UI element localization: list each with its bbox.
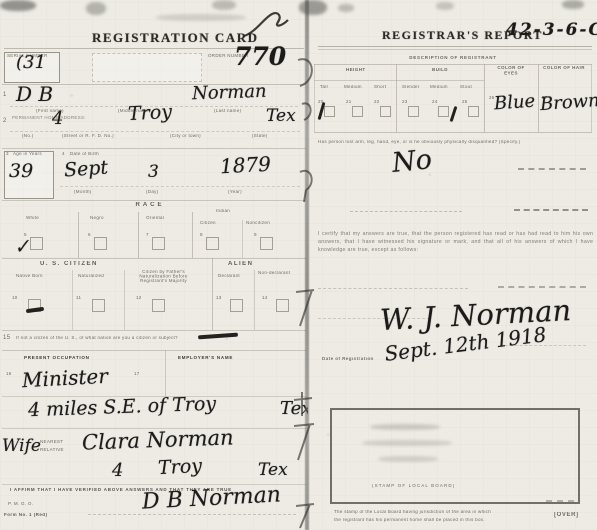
build-stout-number: 25 xyxy=(462,100,468,105)
address-no-hint: (No.) xyxy=(22,134,34,139)
build-slender-label: Slender xyxy=(402,85,420,90)
nearest-relative-address-city: Troy xyxy=(157,455,202,479)
race-col-oriental-label: Oriental xyxy=(146,216,164,221)
native-born-number: 10 xyxy=(12,296,18,301)
height-medium-label: Medium xyxy=(344,85,362,90)
birth-label: Date of Birth xyxy=(70,152,99,157)
address-city-hint: (City or town) xyxy=(170,134,201,139)
nation-question: If not a citizen of the U. S., of what n… xyxy=(16,336,286,341)
eyes-color-value: Blue xyxy=(493,91,536,115)
build-stout-checkbox xyxy=(468,106,479,117)
citizen-by-father-label: Citizen by Father's Naturalization Befor… xyxy=(126,270,201,284)
employment-place-value: 4 miles S.E. of Troy xyxy=(28,393,217,422)
line15-number: 15 xyxy=(3,335,10,341)
citizen-native-born-label: Native Born xyxy=(16,274,43,279)
order-number-value: 770 xyxy=(234,42,286,71)
home-address-number: 4 xyxy=(52,108,63,129)
build-slender-checkbox xyxy=(408,106,419,117)
nearest-relative-label-1: NEAREST xyxy=(40,440,63,445)
registrars-report-panel: REGISTRAR'S REPORT 42-3-6-C DESCRIPTION … xyxy=(310,0,597,530)
race-col-citizen-number: 8 xyxy=(200,233,203,238)
age-label: Age in Years xyxy=(13,152,42,157)
form-id-line1: P. M. G. O. xyxy=(8,502,33,507)
race-col-oriental-number: 7 xyxy=(146,233,149,238)
race-citizen-checkbox xyxy=(206,237,219,250)
nearest-relative-address-no: 4 xyxy=(112,460,123,481)
stamp-box-caption: (STAMP OF LOCAL BOARD) xyxy=(372,484,455,489)
declarant-number: 13 xyxy=(216,296,222,301)
employer-number: 17 xyxy=(134,372,140,377)
race-indian-header: Indian xyxy=(216,209,230,214)
nearest-relative-name: Clara Norman xyxy=(82,425,234,454)
height-short-number: 22 xyxy=(374,100,380,105)
race-col-white-label: White xyxy=(26,216,39,221)
eyes-header: COLOR OF EYES xyxy=(490,66,532,77)
race-col-citizen-label: Citizen xyxy=(200,221,216,226)
local-board-stamp-box xyxy=(330,408,580,504)
alien-declarant-label: Declarant xyxy=(218,274,240,279)
us-citizen-header: U. S. CITIZEN xyxy=(40,261,98,267)
home-address-city: Troy xyxy=(127,101,172,125)
build-medium-number: 24 xyxy=(432,100,438,105)
race-header: RACE xyxy=(20,202,280,208)
birth-month-hint: (Month) xyxy=(74,190,92,195)
height-medium-checkbox xyxy=(352,106,363,117)
race-white-checkbox xyxy=(30,237,43,250)
build-medium-checkbox xyxy=(438,106,449,117)
build-check-mark xyxy=(450,106,458,122)
naturalized-number: 11 xyxy=(76,296,81,301)
report-code-value: 42-3-6-C xyxy=(506,20,597,40)
declarant-checkbox xyxy=(230,299,243,312)
description-header: DESCRIPTION OF REGISTRANT xyxy=(318,56,588,61)
build-medium-label: Medium xyxy=(430,85,448,90)
line1-number: 1 xyxy=(3,92,7,98)
race-col-negro-number: 6 xyxy=(88,233,91,238)
birth-day-hint: (Day) xyxy=(146,190,159,195)
address-street-hint: (Street or R. F. D. No.) xyxy=(62,134,114,139)
race-oriental-checkbox xyxy=(152,237,165,250)
occupation-header: PRESENT OCCUPATION xyxy=(24,356,90,361)
build-header: BUILD xyxy=(398,68,482,73)
registrant-first-name: D B xyxy=(16,82,53,106)
alien-header: ALIEN xyxy=(228,261,254,267)
citizen-naturalized-label: Naturalized xyxy=(78,274,104,279)
birth-year: 1879 xyxy=(219,152,271,179)
disability-answer: No xyxy=(390,144,433,179)
stamp-impression xyxy=(378,456,438,462)
stamp-note-line1: The stamp of the Local Board having juri… xyxy=(334,510,491,515)
hair-color-value: Brown xyxy=(539,90,597,115)
stamp-area-box xyxy=(92,53,202,82)
employer-header: EMPLOYER'S NAME xyxy=(178,356,233,361)
registration-date-label: Date of Registration xyxy=(322,357,374,362)
birth-day: 3 xyxy=(148,162,159,182)
height-tall-label: Tall xyxy=(320,85,328,90)
stamp-impression xyxy=(370,424,440,430)
height-short-checkbox xyxy=(380,106,391,117)
non-declarant-number: 14 xyxy=(262,296,268,301)
form-id-line2: Form No. 1 (Red) xyxy=(4,513,47,518)
serial-number-value: (31 xyxy=(16,52,46,73)
age-number: 3 xyxy=(6,152,9,157)
birth-month: Sept xyxy=(63,156,108,181)
height-medium-number: 21 xyxy=(346,100,352,105)
ink-flourish xyxy=(238,8,290,42)
naturalized-checkbox xyxy=(92,299,105,312)
citizen-by-father-checkbox xyxy=(152,299,165,312)
build-stout-label: Stout xyxy=(460,85,472,90)
race-col-noncitizen-label: Noncitizen xyxy=(246,221,270,226)
hair-header: COLOR OF HAIR xyxy=(543,66,585,71)
nearest-relative-label-2: RELATIVE xyxy=(40,448,64,453)
line2-number: 2 xyxy=(3,118,7,124)
registration-card-panel: REGISTRATION CARD SERIAL NUMBER (31 ORDE… xyxy=(0,0,308,530)
race-negro-checkbox xyxy=(94,237,107,250)
stamp-note-line2: the registrant has his permanent home sh… xyxy=(334,518,485,523)
height-tall-checkbox xyxy=(324,106,335,117)
race-col-noncitizen-number: 9 xyxy=(254,233,257,238)
registrant-last-name: Norman xyxy=(192,81,267,105)
nearest-relative-address-state: Tex xyxy=(258,460,288,480)
stamp-impression xyxy=(362,440,452,446)
birth-number: 4 xyxy=(62,152,65,157)
citizen-by-father-number: 12 xyxy=(136,296,142,301)
last-name-hint: (Last name) xyxy=(214,109,241,114)
birth-year-hint: (Year) xyxy=(228,190,242,195)
nearest-relative-relation: Wife xyxy=(2,436,41,456)
scanned-draft-registration-card: REGISTRATION CARD SERIAL NUMBER (31 ORDE… xyxy=(0,0,597,530)
address-state-hint: (State) xyxy=(252,134,268,139)
race-noncitizen-checkbox xyxy=(260,237,273,250)
disability-question: Has person lost arm, leg, hand, eye, or … xyxy=(318,140,588,145)
over-label: [OVER] xyxy=(554,512,579,518)
build-slender-number: 23 xyxy=(402,100,408,105)
certification-text: I certify that my answers are true, that… xyxy=(318,230,593,254)
age-value: 39 xyxy=(9,160,33,182)
height-header: HEIGHT xyxy=(316,68,396,73)
race-white-check-mark: ✓ xyxy=(13,235,32,259)
height-short-label: Short xyxy=(374,85,386,90)
race-col-negro-label: Negro xyxy=(90,216,104,221)
occupation-number: 16 xyxy=(6,372,12,377)
occupation-value: Minister xyxy=(21,364,108,392)
